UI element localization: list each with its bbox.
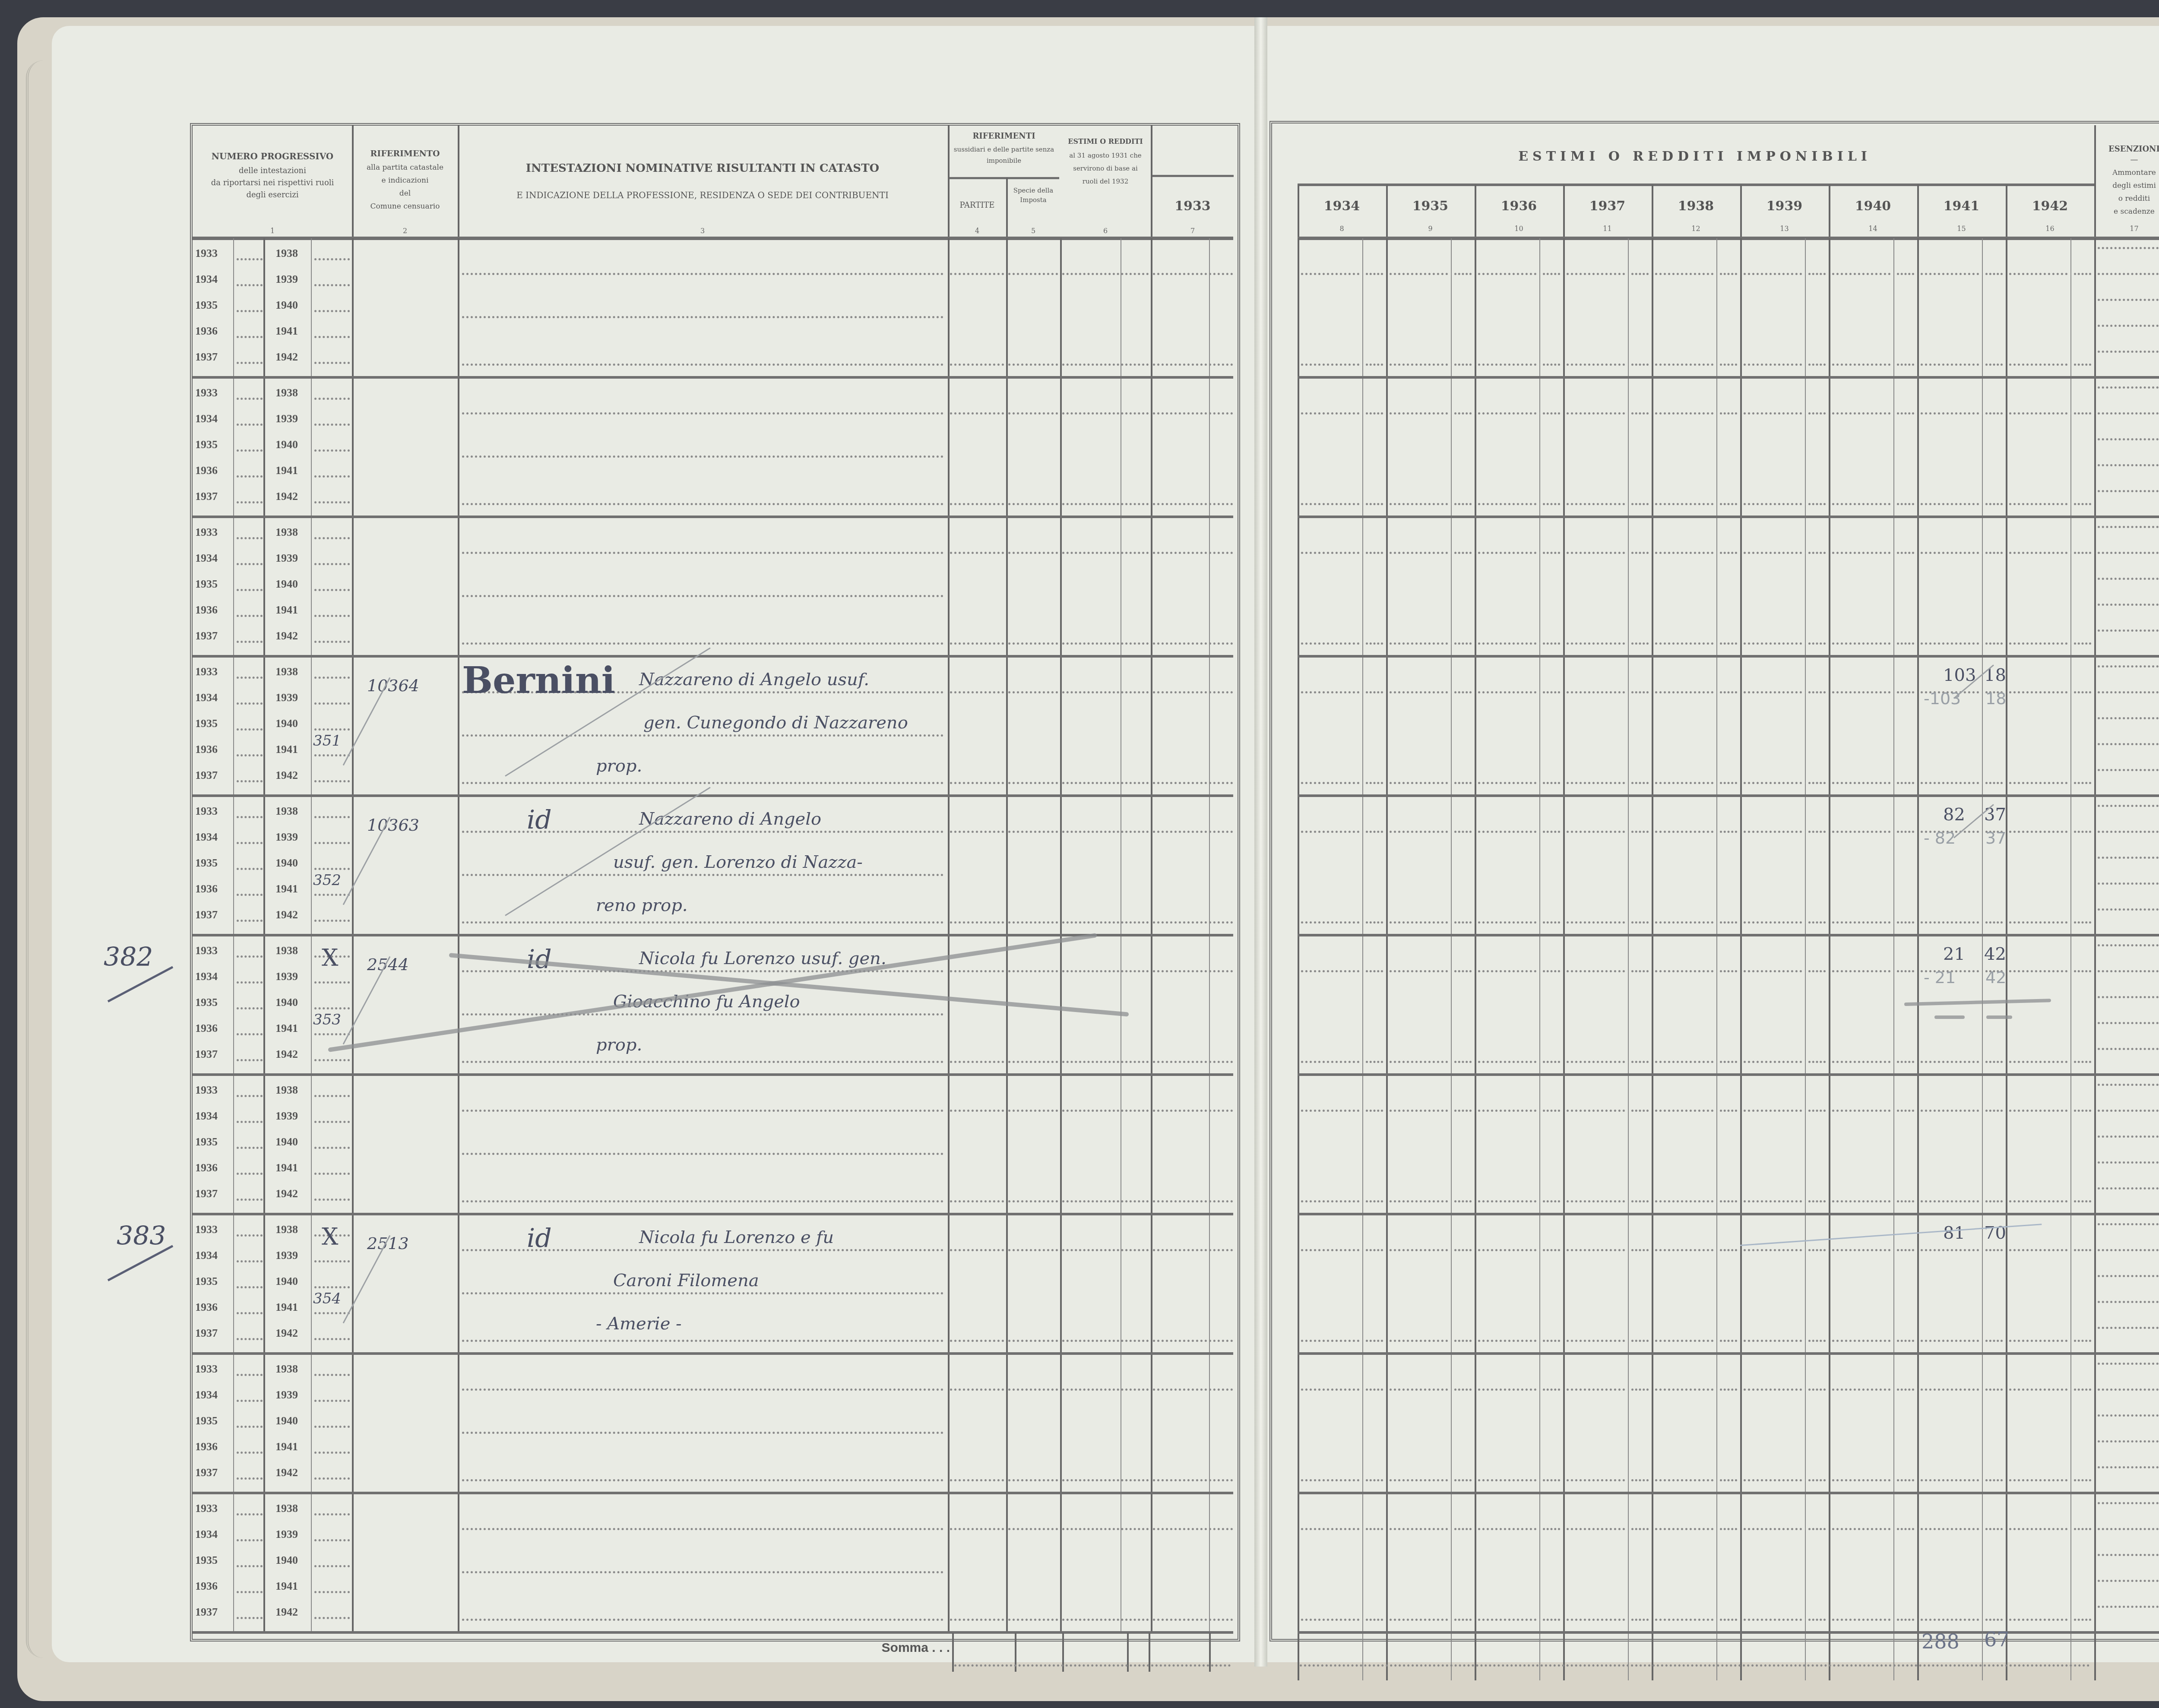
dotted-line <box>1631 552 1649 554</box>
dotted-line <box>1921 642 1979 645</box>
dotted-line <box>1390 552 1448 554</box>
dotted-line <box>2098 1606 2159 1608</box>
dotted-line <box>1062 921 1149 924</box>
pencil-correction-cents: 37 <box>1985 829 2006 848</box>
dotted-line <box>1543 1619 1560 1621</box>
year-label: 1941 <box>275 1440 298 1453</box>
dotted-line <box>462 1153 943 1155</box>
year-label: 1934 <box>195 412 218 425</box>
dotted-line <box>2074 782 2091 784</box>
grid-line <box>1475 185 1476 237</box>
dotted-line <box>462 364 943 366</box>
year-label: 1937 <box>195 908 218 921</box>
header-year-1938: 1938 <box>1652 199 1740 214</box>
dotted-line <box>2098 1301 2159 1303</box>
dotted-line <box>950 1340 1004 1342</box>
dotted-line <box>950 782 1004 784</box>
dotted-line <box>1454 364 1472 366</box>
row-rule <box>1298 794 2159 797</box>
dotted-line <box>1897 1340 1914 1342</box>
dotted-line <box>314 501 350 503</box>
dotted-line <box>1631 1340 1649 1342</box>
year-label: 1937 <box>195 769 218 782</box>
dotted-line <box>1655 782 1713 784</box>
dotted-line <box>1008 1389 1058 1391</box>
dotted-line <box>2098 1363 2159 1365</box>
reference-number: 352 <box>313 872 341 889</box>
left-table-frame <box>190 123 1240 1642</box>
dotted-line <box>1744 1619 1802 1621</box>
row-rule <box>193 1213 1233 1215</box>
dotted-line <box>1301 1340 1359 1342</box>
dotted-line <box>1832 642 1890 645</box>
dotted-line <box>1655 552 1713 554</box>
dotted-line <box>462 1432 943 1434</box>
dotted-line <box>1008 1619 1058 1621</box>
dotted-line <box>1390 1528 1448 1530</box>
header-year-1934: 1934 <box>1298 199 1386 214</box>
dotted-line <box>1897 1389 1914 1391</box>
dotted-line <box>1655 831 1713 833</box>
year-label: 1940 <box>275 1136 298 1148</box>
dotted-line <box>1655 1110 1713 1112</box>
dotted-line <box>1720 364 1737 366</box>
dotted-line <box>1567 782 1625 784</box>
dotted-line <box>2098 247 2159 249</box>
dotted-line <box>2098 970 2159 972</box>
year-label: 1938 <box>275 386 298 399</box>
dotted-line <box>1985 1340 2003 1342</box>
dotted-line <box>1366 782 1383 784</box>
dotted-line <box>1478 552 1536 554</box>
reference-number: 354 <box>313 1290 341 1307</box>
year-label: 1941 <box>275 604 298 617</box>
grid-line <box>1475 238 1476 1680</box>
dotted-line <box>2074 273 2091 275</box>
dotted-line <box>1390 970 1448 972</box>
year-label: 1941 <box>275 464 298 477</box>
dotted-line <box>1366 412 1383 414</box>
dotted-line <box>1454 1340 1472 1342</box>
row-rule <box>193 794 1233 797</box>
dotted-line <box>237 1095 263 1097</box>
dotted-line <box>1744 691 1802 693</box>
dotted-line <box>1744 1110 1802 1112</box>
dotted-line <box>1655 503 1713 505</box>
dotted-line <box>237 589 263 591</box>
header-estimi-imponibili: ESTIMI O REDDITI IMPONIBILI <box>1298 149 2092 164</box>
header-col2-sub: e indicazioni <box>353 176 457 185</box>
dotted-line <box>2009 1249 2067 1251</box>
dotted-line <box>1655 1200 1713 1202</box>
dotted-line <box>2074 921 2091 924</box>
owner-detail-line: Nazzareno di Angelo <box>639 809 821 829</box>
dotted-line <box>1832 552 1890 554</box>
dotted-line <box>2074 1340 2091 1342</box>
dotted-line <box>1478 1061 1536 1063</box>
dotted-line <box>237 1007 263 1009</box>
dotted-line <box>462 1479 943 1481</box>
dotted-line <box>1567 1200 1625 1202</box>
dotted-line <box>2098 1554 2159 1556</box>
dotted-line <box>2098 1110 2159 1112</box>
year-label: 1936 <box>195 325 218 338</box>
dotted-line <box>1008 782 1058 784</box>
dotted-line <box>1744 1061 1802 1063</box>
dotted-line <box>1153 1528 1233 1530</box>
dotted-line <box>314 981 350 984</box>
year-label: 1935 <box>195 1136 218 1148</box>
dotted-line <box>1366 1249 1383 1251</box>
dotted-line <box>1720 782 1737 784</box>
dotted-line <box>1062 273 1149 275</box>
dotted-line <box>1720 831 1737 833</box>
dotted-line <box>462 552 943 554</box>
year-label: 1941 <box>275 743 298 756</box>
dotted-line <box>1897 503 1914 505</box>
year-label: 1936 <box>195 464 218 477</box>
year-label: 1938 <box>275 805 298 818</box>
dotted-line <box>2009 782 2067 784</box>
check-mark: X <box>322 944 338 971</box>
year-label: 1934 <box>195 970 218 983</box>
dotted-line <box>462 874 943 876</box>
dotted-line <box>1631 921 1649 924</box>
dotted-line <box>1720 1061 1737 1063</box>
dotted-line <box>2074 1619 2091 1621</box>
dotted-line <box>1631 1479 1649 1481</box>
year-label: 1937 <box>195 629 218 642</box>
dotted-line <box>2098 908 2159 911</box>
year-label: 1940 <box>275 578 298 591</box>
grid-line <box>1829 185 1830 237</box>
year-label: 1942 <box>275 351 298 364</box>
dotted-line <box>1008 1249 1058 1251</box>
dotted-line <box>1543 970 1560 972</box>
year-label: 1936 <box>195 1440 218 1453</box>
dotted-line <box>314 1286 350 1288</box>
dotted-line <box>1985 273 2003 275</box>
dotted-line <box>314 1513 350 1515</box>
dotted-line <box>1921 1619 1979 1621</box>
header-divider <box>1152 175 1234 177</box>
dotted-line <box>2009 642 2067 645</box>
year-label: 1941 <box>275 325 298 338</box>
dotted-line <box>237 1452 263 1454</box>
dotted-line <box>1985 1249 2003 1251</box>
dotted-line <box>1655 364 1713 366</box>
year-label: 1934 <box>195 1389 218 1401</box>
year-label: 1937 <box>195 1466 218 1479</box>
dotted-line <box>1631 642 1649 645</box>
grid-line <box>1740 238 1742 1680</box>
dotted-line <box>1655 642 1713 645</box>
dotted-line <box>237 284 263 286</box>
dotted-line <box>1897 1061 1914 1063</box>
year-label: 1940 <box>275 299 298 312</box>
grid-line <box>1151 125 1152 237</box>
dotted-line <box>2098 1414 2159 1417</box>
dotted-line <box>2098 1136 2159 1138</box>
dotted-line <box>2009 1528 2067 1530</box>
header-col1-sub: da riportarsi nei rispettivi ruoli <box>193 178 352 187</box>
header-col3-title: INTESTAZIONI NOMINATIVE RISULTANTI IN CA… <box>459 162 947 175</box>
dotted-line <box>1897 1619 1914 1621</box>
grid-line <box>2070 238 2071 1680</box>
dotted-line <box>1478 1200 1536 1202</box>
dotted-line <box>1390 782 1448 784</box>
dotted-line <box>1921 921 1979 924</box>
dotted-line <box>1390 412 1448 414</box>
year-label: 1934 <box>195 1528 218 1541</box>
grid-line <box>952 1633 954 1672</box>
year-label: 1938 <box>275 1363 298 1376</box>
dotted-line <box>1832 364 1890 366</box>
year-label: 1935 <box>195 1275 218 1288</box>
dotted-line <box>2098 438 2159 440</box>
dotted-line <box>1832 1389 1890 1391</box>
dotted-line <box>1985 1110 2003 1112</box>
dotted-line <box>1720 1249 1737 1251</box>
dotted-line <box>1301 1389 1359 1391</box>
year-label: 1936 <box>195 1580 218 1593</box>
dotted-line <box>1153 642 1233 645</box>
dotted-line <box>462 316 943 318</box>
dotted-line <box>1921 1110 1979 1112</box>
dotted-line <box>1062 782 1149 784</box>
dotted-line <box>2098 325 2159 327</box>
dotted-line <box>1567 412 1625 414</box>
header-col1-sub: degli esercizi <box>193 190 352 199</box>
dotted-line <box>1832 921 1890 924</box>
dotted-line <box>1655 1389 1713 1391</box>
dotted-line <box>1062 1200 1149 1202</box>
dotted-line <box>462 1061 943 1063</box>
header-year-1933: 1933 <box>1152 199 1234 214</box>
owner-detail-line: reno prop. <box>596 895 687 915</box>
year-label: 1933 <box>195 247 218 260</box>
dotted-line <box>314 1452 350 1454</box>
dotted-line <box>1390 831 1448 833</box>
dotted-line <box>1366 970 1383 972</box>
grid-line <box>1386 238 1388 1680</box>
dotted-line <box>1366 364 1383 366</box>
dotted-line <box>1631 273 1649 275</box>
dotted-line <box>1897 1110 1914 1112</box>
dotted-line <box>1062 1249 1149 1251</box>
header-partite: PARTITE <box>949 201 1006 210</box>
dotted-line <box>1832 412 1890 414</box>
dotted-line <box>950 273 1004 275</box>
dotted-line <box>314 1312 350 1314</box>
dotted-line <box>1808 1110 1826 1112</box>
dotted-line <box>1832 1249 1890 1251</box>
dotted-line <box>1008 1200 1058 1202</box>
year-label: 1936 <box>195 1301 218 1314</box>
year-label: 1939 <box>275 552 298 565</box>
dotted-line <box>2074 642 2091 645</box>
dotted-line <box>1631 970 1649 972</box>
dotted-line <box>237 1539 263 1541</box>
reference-number: 351 <box>313 732 341 750</box>
dotted-line <box>1301 1619 1359 1621</box>
dotted-line <box>1808 1528 1826 1530</box>
dotted-line <box>1567 552 1625 554</box>
dotted-line <box>1744 1528 1802 1530</box>
dotted-line <box>2009 691 2067 693</box>
dotted-line <box>1454 831 1472 833</box>
dotted-line <box>1655 273 1713 275</box>
dotted-line <box>2009 1389 2067 1391</box>
dotted-line <box>1478 1479 1536 1481</box>
value-1941-lire: 103 <box>1943 665 1976 685</box>
dotted-line <box>1567 364 1625 366</box>
dotted-line <box>314 1539 350 1541</box>
value-1941-cents: 42 <box>1984 944 2006 964</box>
dotted-line <box>1985 1528 2003 1530</box>
header-specie: Specie della Imposta <box>1007 186 1060 205</box>
total-1941-cents: 67 <box>1984 1628 2010 1651</box>
dotted-line <box>1985 1479 2003 1481</box>
dotted-line <box>2074 1479 2091 1481</box>
dotted-line <box>1631 1528 1649 1530</box>
dotted-line <box>1720 1340 1737 1342</box>
dotted-line <box>1454 1619 1472 1621</box>
dotted-line <box>1062 503 1149 505</box>
header-divider <box>1298 183 2094 186</box>
dotted-line <box>2009 552 2067 554</box>
dotted-line <box>1543 503 1560 505</box>
year-label: 1936 <box>195 1161 218 1174</box>
dotted-line <box>1454 1389 1472 1391</box>
owner-detail-line: prop. <box>596 1035 642 1055</box>
dotted-line <box>2098 805 2159 807</box>
dotted-line <box>2098 604 2159 606</box>
row-rule <box>193 1352 1233 1355</box>
dotted-line <box>1720 273 1737 275</box>
dotted-line <box>2098 1466 2159 1468</box>
dotted-line <box>1897 831 1914 833</box>
dotted-line <box>1062 691 1149 693</box>
dotted-line <box>1478 1249 1536 1251</box>
dotted-line <box>2074 552 2091 554</box>
year-label: 1941 <box>275 882 298 895</box>
year-label: 1933 <box>195 1502 218 1515</box>
dotted-line <box>1897 921 1914 924</box>
row-rule <box>1298 1213 2159 1215</box>
year-label: 1936 <box>195 604 218 617</box>
dotted-line <box>1478 642 1536 645</box>
dotted-line <box>314 424 350 426</box>
year-label: 1937 <box>195 1187 218 1200</box>
grid-line <box>1893 238 1894 1680</box>
grid-line <box>948 125 950 237</box>
dotted-line <box>1390 642 1448 645</box>
pencil-correction-cents: 42 <box>1985 968 2006 987</box>
dotted-line <box>1720 412 1737 414</box>
dotted-line <box>1008 691 1058 693</box>
dotted-line <box>2098 526 2159 528</box>
dotted-line <box>314 1617 350 1619</box>
dotted-line <box>1008 1528 1058 1530</box>
dotted-line <box>950 1528 1004 1530</box>
dotted-line <box>1808 970 1826 972</box>
header-year-1935: 1935 <box>1386 199 1475 214</box>
dotted-line <box>2009 1110 2067 1112</box>
reference-number: 353 <box>313 1011 341 1028</box>
dotted-line <box>237 1199 263 1201</box>
dotted-line <box>462 595 943 597</box>
dotted-line <box>1567 273 1625 275</box>
dotted-line <box>2074 1389 2091 1391</box>
dotted-line <box>1744 273 1802 275</box>
row-rule <box>193 516 1233 518</box>
col-number: 5 <box>1007 227 1060 235</box>
dotted-line <box>1478 691 1536 693</box>
dotted-line <box>1454 552 1472 554</box>
dotted-line <box>1744 1340 1802 1342</box>
dotted-line <box>462 1200 943 1202</box>
dotted-line <box>237 754 263 756</box>
dotted-line <box>1301 412 1359 414</box>
header-riferimenti-sub: sussidiari e delle partite senza imponib… <box>949 144 1059 166</box>
year-label: 1934 <box>195 1249 218 1262</box>
row-rule <box>1298 376 2159 379</box>
year-label: 1939 <box>275 273 298 286</box>
dotted-line <box>1153 552 1233 554</box>
row-rule <box>1298 934 2159 936</box>
dotted-line <box>1008 412 1058 414</box>
dotted-line <box>237 258 263 260</box>
dotted-line <box>1366 1619 1383 1621</box>
dotted-line <box>1567 831 1625 833</box>
row-rule <box>193 655 1233 658</box>
dotted-line <box>2009 273 2067 275</box>
pencil-correction-lire: - 82 <box>1924 829 1956 848</box>
year-label: 1941 <box>275 1301 298 1314</box>
dotted-line <box>1655 412 1713 414</box>
col-number: 10 <box>1475 225 1563 233</box>
dotted-line <box>1008 273 1058 275</box>
margin-number: 382 <box>104 942 153 972</box>
year-label: 1942 <box>275 1606 298 1619</box>
dotted-line <box>237 728 263 731</box>
dotted-line <box>1366 1479 1383 1481</box>
year-label: 1939 <box>275 412 298 425</box>
header-year-1940: 1940 <box>1829 199 1917 214</box>
dotted-line <box>1897 412 1914 414</box>
dotted-line <box>1543 1340 1560 1342</box>
dotted-line <box>314 780 350 782</box>
header-rule <box>1298 237 2159 240</box>
dotted-line <box>1897 970 1914 972</box>
dotted-line <box>1744 970 1802 972</box>
year-label: 1937 <box>195 351 218 364</box>
grid-line <box>1805 238 1806 1680</box>
dotted-line <box>2074 970 2091 972</box>
dotted-line <box>1567 970 1625 972</box>
dotted-line <box>314 842 350 844</box>
dotted-line <box>314 641 350 643</box>
owner-detail-line: Caroni Filomena <box>613 1271 759 1290</box>
dotted-line <box>1153 921 1233 924</box>
dotted-line <box>2098 1502 2159 1504</box>
dotted-line <box>1808 364 1826 366</box>
dotted-line <box>2098 1389 2159 1391</box>
dotted-line <box>237 1565 263 1567</box>
dotted-line <box>2098 1249 2159 1251</box>
dotted-line <box>1897 642 1914 645</box>
